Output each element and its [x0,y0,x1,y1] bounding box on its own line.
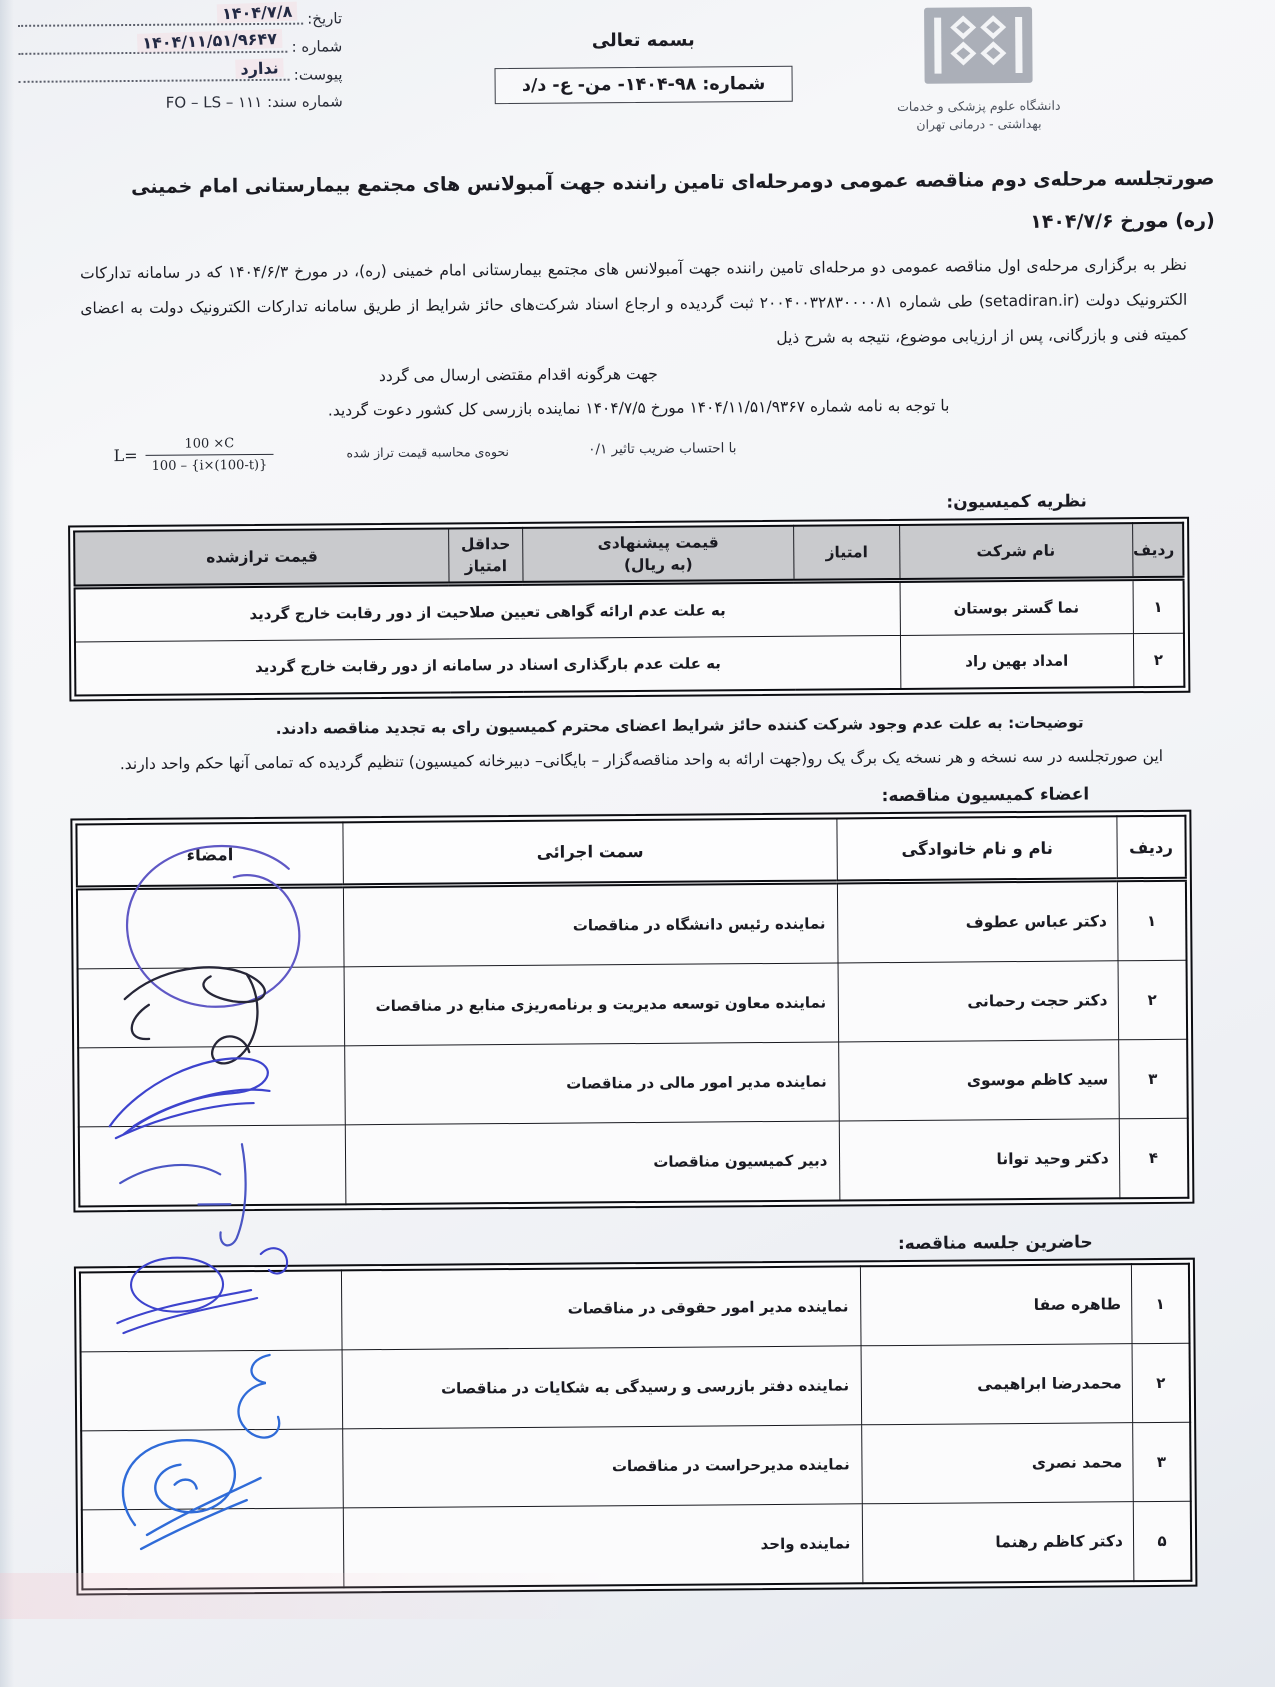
org-name-line1: دانشگاه علوم پزشکی و خدمات [869,96,1089,116]
attachment-field: پیوست: ندارد [12,64,342,86]
row-no: ۲ [1133,633,1184,687]
signature-cell [81,1429,343,1510]
member-role: نماینده معاون توسعه مدیریت و برنامه‌ریزی… [344,963,839,1046]
formula-denominator: 100 – {i×(100-t)} [146,454,274,474]
table-header-row: ردیف نام شرکت امتیاز قیمت پیشنهادی (به ر… [74,523,1183,587]
attendee-name: طاهره صفا [861,1264,1132,1346]
member-name: دکتر حجت رحمانی [838,961,1118,1042]
header-center: بسمه تعالی شماره: ۹۸-۱۴۰۴- من- ع- د/د [443,28,844,104]
disqualification-reason: به علت عدم بارگذاری اسناد در سامانه از د… [75,635,901,695]
dotted-line: ۱۴۰۴/۷/۸ [18,9,303,27]
member-name: سید کاظم موسوی [839,1040,1119,1121]
attendee-role: نماینده مدیرحراست در مناقصات [343,1425,863,1508]
member-role: نماینده مدیر امور مالی در مناقصات [344,1042,839,1125]
table-header-row: ردیف نام و نام خانوادگی سمت اجرائی امضاء [76,816,1185,888]
table-row: ۳ سید کاظم موسوی نماینده مدیر امور مالی … [78,1039,1188,1127]
col-full-name: نام و نام خانوادگی [837,816,1117,882]
row-no: ۱ [1131,1264,1189,1344]
body-paragraph: نظر به برگزاری مرحله‌ی اول مناقصه عمومی … [80,248,1188,362]
member-name: دکتر عباس عطوف [838,880,1118,963]
dotted-line: ندارد [18,65,289,83]
doc-number-value: FO – LS – ۱۱۱ [166,93,263,112]
impact-coefficient-note: با احتساب ضریب تاثیر ۰/۱ [588,440,736,457]
page-title: صورتجلسه مرحله‌ی دوم مناقصه عمومی دومرحل… [59,157,1215,250]
member-role: نماینده رئیس دانشگاه در مناقصات [343,882,838,967]
doc-number-field: شماره سند: FO – LS – ۱۱۱ [13,92,343,113]
disqualification-reason: به علت عدم ارائه گواهی تعیین صلاحیت از د… [75,580,901,641]
attendee-role: نماینده دفتر بازرسی و رسیدگی به شکایات د… [342,1346,862,1429]
table-row: ۳ محمد نصری نماینده مدیرحراست در مناقصات [81,1422,1191,1510]
attendee-role: نماینده واحد [344,1504,864,1588]
col-company: نام شرکت [899,523,1132,580]
formula-fraction: 100 ×C 100 – {i×(100-t)} [145,436,273,474]
leveled-price-formula: L= 100 ×C 100 – {i×(100-t)} [113,436,273,474]
dotted-line: ۱۴۰۴/۱۱/۵۱/۹۶۴۷ [18,37,287,55]
table-row: ۱ طاهره صفا نماینده مدیر امور حقوقی در م… [80,1264,1190,1352]
attendees-table: ۱ طاهره صفا نماینده مدیر امور حقوقی در م… [74,1258,1198,1596]
signature-cell [79,1125,346,1207]
table-row: ۴ دکتر وحید توانا دبیر کمیسیون مناقصات [79,1118,1189,1206]
university-identity: دانشگاه علوم پزشکی و خدمات بهداشتی - درم… [868,4,1089,134]
table-row: ۱ نما گستر بوستان به علت عدم ارائه گواهی… [75,578,1184,642]
price-formula-row: با احتساب ضریب تاثیر ۰/۱ نحوه‌ی محاسبه ق… [1,426,1275,498]
row-no: ۲ [1118,960,1187,1040]
body-line-invite: با توجه به نامه شماره ۱۴۰۴/۱۱/۵۱/۹۳۶۷ مو… [151,387,1126,429]
org-name-line2: بهداشتی - درمانی تهران [869,114,1089,134]
date-label: تاریخ: [307,9,342,27]
table-row: ۲ دکتر حجت رحمانی نماینده معاون توسعه مد… [78,960,1188,1048]
notes-section: توضیحات: به علت عدم وجود شرکت کننده حائز… [4,706,1275,783]
signature-cell [78,1046,345,1127]
row-no: ۱ [1117,879,1186,961]
reference-number-box: شماره: ۹۸-۱۴۰۴- من- ع- د/د [495,66,793,104]
attendee-role: نماینده مدیر امور حقوقی در مناقصات [342,1266,862,1350]
university-logo-icon [914,5,1043,92]
row-no: ۳ [1132,1422,1190,1501]
formula-lhs: L= [113,446,137,465]
notes-text: این صورتجلسه در سه نسخه و هر نسخه یک برگ… [84,739,1199,783]
handwritten-date: ۱۴۰۴/۷/۸ [217,2,298,24]
number-label: شماره : [291,37,342,55]
table-row: ۱ دکتر عباس عطوف نماینده رئیس دانشگاه در… [77,879,1187,969]
table-row: ۵ دکتر کاظم رهنما نماینده واحد [82,1501,1192,1589]
handwritten-attachment: ندارد [235,58,284,79]
attendee-name: محمدرضا ابراهیمی [861,1344,1132,1425]
number-field: شماره : ۱۴۰۴/۱۱/۵۱/۹۶۴۷ [12,36,342,58]
document-header: تاریخ: ۱۴۰۴/۷/۸ شماره : ۱۴۰۴/۱۱/۵۱/۹۶۴۷ … [0,0,1274,157]
signature-cell-empty [82,1508,344,1590]
attachment-label: پیوست: [294,65,343,83]
doc-number-label: شماره سند: [267,92,343,111]
row-no: ۴ [1119,1118,1188,1198]
col-score: امتیاز [794,525,900,581]
table-row: ۲ محمدرضا ابراهیمی نماینده دفتر بازرسی و… [81,1343,1191,1431]
commission-opinion-table: ردیف نام شرکت امتیاز قیمت پیشنهادی (به ر… [68,517,1190,702]
col-signature: امضاء [76,822,343,888]
table-row: ۲ امداد بهین راد به علت عدم بارگذاری اسن… [75,633,1184,695]
attendee-name: محمد نصری [862,1423,1133,1504]
members-table: ردیف نام و نام خانوادگی سمت اجرائی امضاء… [70,810,1194,1213]
signature-cell [81,1350,343,1431]
besmele-text: بسمه تعالی [443,28,843,52]
signature-cell [77,886,344,969]
signature-cell [80,1270,342,1352]
col-role: سمت اجرائی [343,818,838,885]
members-heading: اعضاء کمیسیون مناقصه: [4,784,1089,813]
member-name: دکتر وحید توانا [840,1119,1120,1201]
title-line2: (ره) مورخ ۱۴۰۴/۷/۶ [1030,209,1215,232]
row-no: ۳ [1118,1039,1187,1119]
formula-numerator: 100 ×C [145,436,273,455]
col-row-no: ردیف [1117,816,1186,880]
attendee-name: دکتر کاظم رهنما [863,1502,1134,1584]
member-role: دبیر کمیسیون مناقصات [345,1121,840,1204]
row-no: ۵ [1133,1501,1191,1581]
col-proposed-price: قیمت پیشنهادی (به ریال) [522,526,794,584]
col-leveled-price: قیمت ترازشده [74,529,449,587]
col-row-no: ردیف [1132,523,1183,579]
date-field: تاریخ: ۱۴۰۴/۷/۸ [12,8,342,30]
company-name: امداد بهین راد [900,634,1133,689]
scanned-document-page: تاریخ: ۱۴۰۴/۷/۸ شماره : ۱۴۰۴/۱۱/۵۱/۹۶۴۷ … [0,0,1275,1687]
col-min-score: حداقل امتیاز [449,528,523,584]
row-no: ۲ [1132,1343,1190,1422]
formula-caption: نحوه‌ی محاسبه قیمت تراز شده [346,444,509,460]
handwritten-number: ۱۴۰۴/۱۱/۵۱/۹۶۴۷ [137,29,282,53]
title-line1: صورتجلسه مرحله‌ی دوم مناقصه عمومی دومرحل… [131,167,1214,198]
row-no: ۱ [1133,578,1184,633]
company-name: نما گستر بوستان [900,579,1133,636]
signature-cell [78,967,345,1048]
meta-fields: تاریخ: ۱۴۰۴/۷/۸ شماره : ۱۴۰۴/۱۱/۵۱/۹۶۴۷ … [12,8,343,113]
